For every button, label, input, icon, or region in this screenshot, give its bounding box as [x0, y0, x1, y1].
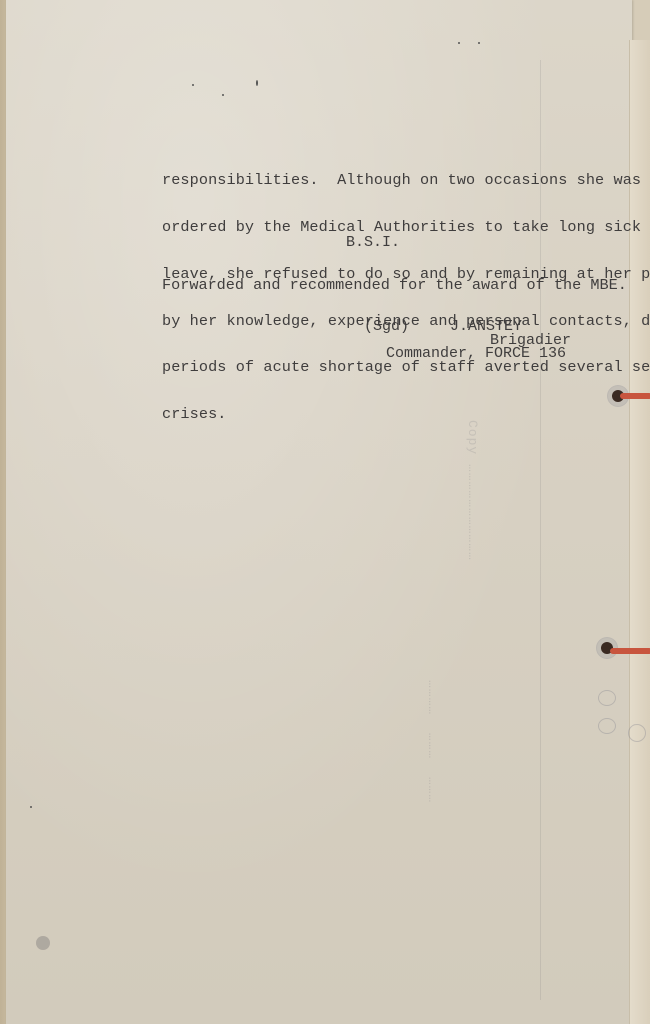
binding-string: [620, 393, 650, 399]
punch-impression: [628, 724, 646, 742]
body-line: periods of acute shortage of staff avert…: [162, 360, 650, 376]
signed-mark: (Sgd): [364, 318, 409, 335]
ink-speck: [30, 806, 32, 808]
ink-speck: [256, 80, 258, 86]
bleed-through-text: ………… ……… ………: [425, 680, 440, 803]
binding-string: [610, 648, 650, 654]
ink-speck: [222, 94, 224, 96]
punch-impression: [598, 718, 616, 734]
recommendation-line: Forwarded and recommended for the award …: [162, 276, 627, 294]
bleed-through-text: Copy ……………………………: [465, 420, 480, 561]
initials: B.S.I.: [346, 234, 400, 251]
body-line: crises.: [162, 407, 650, 423]
punch-impression: [598, 690, 616, 706]
ink-speck: [478, 42, 480, 44]
ink-speck: [192, 84, 194, 86]
body-line: responsibilities. Although on two occasi…: [162, 173, 650, 189]
punch-impression: [36, 936, 50, 950]
body-line: ordered by the Medical Authorities to ta…: [162, 220, 650, 236]
ink-speck: [458, 42, 460, 44]
signatory-title: Commander, FORCE 136: [386, 345, 566, 362]
